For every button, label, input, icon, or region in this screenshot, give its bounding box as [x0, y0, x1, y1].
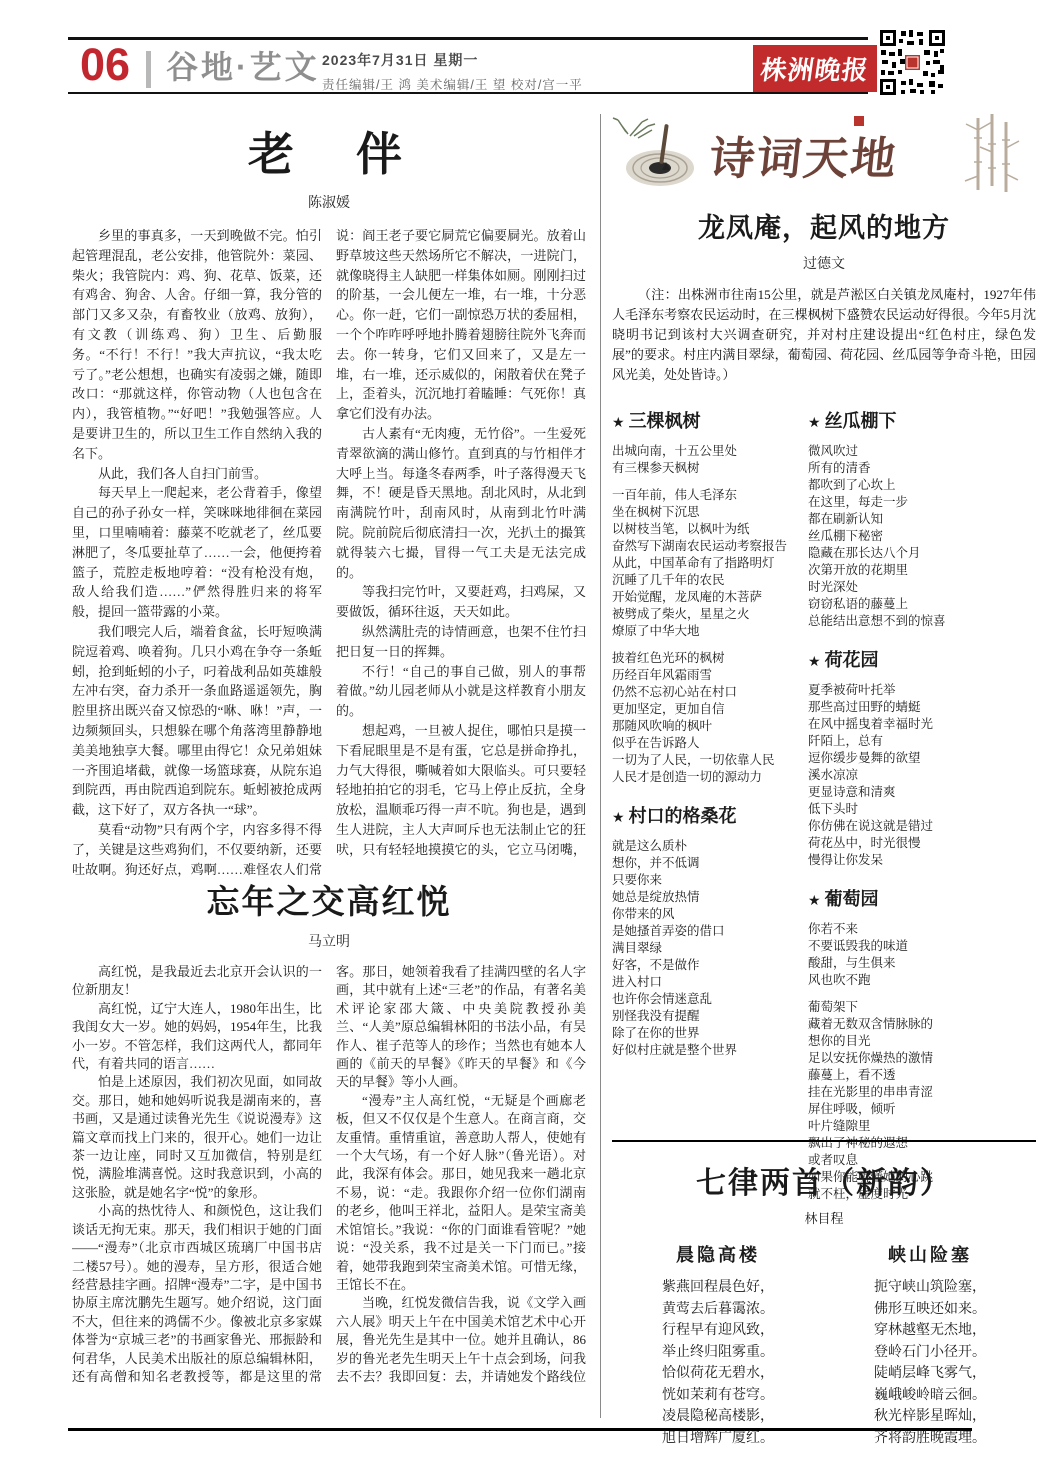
poem-line: 沉睡了几千年的农民 [612, 572, 798, 589]
poem-line: 历经百年风霜雨雪 [612, 667, 798, 684]
poem-line: 一百年前，伟人毛泽东 [612, 487, 798, 504]
poem-line: 荷花丛中，时光很慢 [808, 835, 1036, 852]
poem-line: 从此，中国革命有了指路明灯 [612, 555, 798, 572]
poem-line: 不要诋毁我的味道 [808, 938, 1036, 955]
poem-heading: ★村口的格桑花 [612, 802, 798, 828]
qr-code-image [879, 29, 946, 96]
verse-line: 行程早有迎风致， [662, 1320, 774, 1342]
poem-line: 都在刷新认知 [808, 511, 1036, 528]
poem-line: 你仿佛在说这就是错过 [808, 818, 1036, 835]
poem-line: 以树枝当笔，以枫叶为纸 [612, 521, 798, 538]
poem-heading: ★葡萄园 [808, 885, 1036, 911]
poetry-main-title: 龙凤庵，起风的地方 [612, 206, 1036, 245]
star-icon: ★ [612, 809, 625, 825]
article-wangnian-author: 马立明 [72, 931, 586, 951]
qilv-title: 七律两首（新韵） [612, 1158, 1036, 1202]
poem-line: 风也吹不跑 [808, 972, 1036, 989]
verse-line: 恍如茉莉有苍穹。 [662, 1385, 774, 1407]
verse-line: 佛形互映还如来。 [874, 1299, 986, 1321]
verse-line: 扼守峡山筑险塞， [874, 1277, 986, 1299]
poem-columns: ★三棵枫树 出城向南，十五公里处有三棵参天枫树一百年前，伟人毛泽东坐在枫树下沉思… [612, 391, 1036, 1203]
header-meta: 2023年7月31日 星期一 责任编辑/王 鸿 美术编辑/王 望 校对/宫一平 [322, 50, 583, 93]
poem-line: 被劈成了柴火，星星之火 [612, 606, 798, 623]
masthead-title: 株洲晚报 [758, 50, 871, 87]
column-divider [600, 114, 601, 1418]
poem-line: 那些高过田野的蜻蜓 [808, 699, 1036, 716]
poetry-author: 过德文 [612, 253, 1036, 273]
poem-title: 葡萄园 [825, 889, 879, 909]
verse-line: 登岭石门小径开。 [874, 1342, 986, 1364]
poem-line: 所有的清香 [808, 460, 1036, 477]
poem-line: 奋然写下湖南农民运动考察报告 [612, 538, 798, 555]
poem-line: 想你，并不低调 [612, 855, 798, 872]
poem-line: 有三棵参天枫树 [612, 460, 798, 477]
banner-seal-icon [854, 116, 864, 126]
poem-line: 只要你来 [612, 872, 798, 889]
poem-line: 慢得让你发呆 [808, 852, 1036, 869]
bamboo-icon [958, 114, 1030, 194]
star-icon: ★ [808, 653, 821, 669]
paragraph: 每天早上一爬起来，老公背着手，像望自己的孙子孙女一样，笑咪咪地徘徊在菜园里，口里… [72, 483, 322, 622]
qilv-author: 林目程 [612, 1208, 1036, 1227]
poem-line: 似乎在告诉路人 [612, 735, 798, 752]
poem-line: 时光深处 [808, 579, 1036, 596]
poem-line: 开始觉醒，龙凤庵的木菩萨 [612, 589, 798, 606]
poem-line: 别怪我没有提醒 [612, 1008, 798, 1025]
poem-line: 酸甜，与生俱来 [808, 955, 1036, 972]
qilv-poem-lines: 扼守峡山筑险塞，佛形互映还如来。穿林越壑无杰地，登岭石门小径开。陡峭层峰飞雾气，… [874, 1277, 986, 1449]
paragraph: 从此，我们各人自扫门前雪。 [72, 464, 322, 484]
paragraph: 我们喂完人后，端着食盆，长吁短唤满院逗着鸡、唤着狗。几只小鸡在争夺一条蚯蚓，抢到… [72, 622, 322, 820]
verse-line: 恰似荷花无碧水， [662, 1363, 774, 1385]
star-icon: ★ [808, 892, 821, 908]
poem-lines: 夏季被荷叶托举那些高过田野的蜻蜓在风中摇曳着幸福时光阡陌上，总有逗你缓步曼舞的欲… [808, 682, 1036, 869]
verse-line: 黄莺去后暮霭浓。 [662, 1299, 774, 1321]
poem-heading: ★荷花园 [808, 646, 1036, 672]
poem-line: 是她搔首弄姿的借口 [612, 923, 798, 940]
qr-code [879, 29, 946, 96]
poem-line: 披着红色光环的枫树 [612, 650, 798, 667]
poem-line: 藤蔓上，看不透 [808, 1067, 1036, 1084]
poem-line: 仍然不忘初心站在村口 [612, 684, 798, 701]
verse-line: 巍峨峻岭暗云徊。 [874, 1385, 986, 1407]
newspaper-page: { "header": { "page_number": "06", "sect… [0, 0, 1039, 1459]
poem-line: 隐藏在那长达八个月 [808, 545, 1036, 562]
paragraph: 乡里的事真多，一天到晚做不完。怕引起管理混乱，老公安排，他管院外：菜园、柴火；我… [72, 226, 322, 464]
poem-line: 更加坚定，更加自信 [612, 701, 798, 718]
poem-line: 除了在你的世界 [612, 1025, 798, 1042]
poem-line: 好客，不是做作 [612, 957, 798, 974]
poem-line: 足以安抚你燥热的激情 [808, 1050, 1036, 1067]
poem-line: 那随风吹响的枫叶 [612, 718, 798, 735]
poem-line: 进入村口 [612, 974, 798, 991]
poem-line: 窃窃私语的藤蔓上 [808, 596, 1036, 613]
poem-line: 溪水凉凉 [808, 767, 1036, 784]
poetry-banner-title: 诗词天地 [707, 122, 902, 187]
poetry-column: 诗词天地 龙凤庵，起风的地方 过德文 （注：出株洲市往南15公里，就是芦淞区白关… [612, 114, 1036, 1203]
poem-line: 更显诗意和清爽 [808, 784, 1036, 801]
poem-line: 出城向南，十五公里处 [612, 443, 798, 460]
poem-column-right: ★丝瓜棚下 微风吹过所有的清香都吹到了心坎上在这里，每走一步都在刷新认知丝瓜棚下… [798, 391, 1036, 1203]
poem-line: 葡萄架下 [808, 999, 1036, 1016]
article-laoban-body: 乡里的事真多，一天到晚做不完。怕引起管理混乱，老公安排，他管院外：菜园、柴火；我… [72, 226, 586, 882]
poem-line: 你若不来 [808, 921, 1036, 938]
poem-title: 丝瓜棚下 [825, 411, 897, 431]
poetry-banner: 诗词天地 [612, 114, 1036, 194]
poem-heading: ★三棵枫树 [612, 407, 798, 433]
poem-title: 三棵枫树 [629, 411, 701, 431]
poem-line: 夏季被荷叶托举 [808, 682, 1036, 699]
poem-line: 低下头时 [808, 801, 1036, 818]
paragraph: 纵然满肚壳的诗情画意，也架不住竹扫把日复一日的挥舞。 [336, 622, 586, 662]
poem-line: 想你的目光 [808, 1033, 1036, 1050]
poem-lines: 就是这么质朴想你，并不低调只要你来她总是绽放热情你带来的风是她搔首弄姿的借口满目… [612, 838, 798, 1059]
star-icon: ★ [612, 414, 625, 430]
poem-line: 总能结出意想不到的惊喜 [808, 613, 1036, 630]
article-wangnian-title: 忘年之交高红悦 [72, 876, 586, 923]
paragraph: 高红悦，辽宁大连人，1980年出生，比我闺女大一岁。她的妈妈，1954年生，比我… [72, 1000, 322, 1074]
verse-line: 旭日增辉广厦红。 [662, 1428, 774, 1450]
verse-line: 齐将韵胜晚霞埋。 [874, 1428, 986, 1450]
paragraph: “漫寿”主人高红悦，“无疑是个画廊老板，但又不仅仅是个生意人。在商言商，交友重情… [336, 1092, 586, 1294]
paragraph: 怕是上述原因，我们初次见面，如同故交。那日，她和她妈听说我是湖南来的，喜书画，又… [72, 1073, 322, 1202]
poem-line: 好似村庄就是整个世界 [612, 1042, 798, 1059]
poem-line: 藏着无数双含情脉脉的 [808, 1016, 1036, 1033]
article-wangnian: 忘年之交高红悦 马立明 高红悦，是我最近去北京开会认识的一位新朋友！高红悦，辽宁… [72, 876, 586, 1387]
poem-line: 逗你缓步曼舞的欲望 [808, 750, 1036, 767]
section-title: 谷地·艺文 [166, 48, 320, 86]
qilv-poem-lines: 紫燕回程晨色好，黄莺去后暮霭浓。行程早有迎风致，举止终归阻雾重。恰似荷花无碧水，… [662, 1277, 774, 1449]
qilv-poem-title: 峡山险塞 [874, 1241, 986, 1267]
page-number: 06 [80, 42, 130, 87]
poem-line: 满目翠绿 [612, 940, 798, 957]
poem-title: 荷花园 [825, 650, 879, 670]
poem-line: 你带来的风 [612, 906, 798, 923]
verse-line: 陡峭层峰飞雾气， [874, 1363, 986, 1385]
poem-column-left: ★三棵枫树 出城向南，十五公里处有三棵参天枫树一百年前，伟人毛泽东坐在枫树下沉思… [612, 391, 798, 1203]
poem-line: 她总是绽放热情 [612, 889, 798, 906]
poem-line: 都吹到了心坎上 [808, 477, 1036, 494]
poem-line: 屏住呼吸，倾听 [808, 1101, 1036, 1118]
issue-date: 2023年7月31日 星期一 [322, 50, 583, 70]
poem-line [808, 989, 1036, 999]
masthead-logo: 株洲晚报 [753, 45, 877, 92]
poem-line: 丝瓜棚下秘密 [808, 528, 1036, 545]
verse-line: 凌晨隐秘高楼影， [662, 1406, 774, 1428]
paragraph: 不行！“自己的事自己做，别人的事帮着做。”幼儿园老师从小就是这样教育小朋友的。 [336, 662, 586, 721]
poem-title: 村口的格桑花 [629, 806, 737, 826]
poem-lines: 出城向南，十五公里处有三棵参天枫树一百年前，伟人毛泽东坐在枫树下沉思以树枝当笔，… [612, 443, 798, 786]
article-laoban-title: 老 伴 [72, 118, 586, 184]
qilv-poem-2: 峡山险塞 扼守峡山筑险塞，佛形互映还如来。穿林越壑无杰地，登岭石门小径开。陡峭层… [874, 1241, 986, 1449]
poem-line: 叶片缝隙里 [808, 1118, 1036, 1135]
poem-lines: 微风吹过所有的清香都吹到了心坎上在这里，每走一步都在刷新认知丝瓜棚下秘密隐藏在那… [808, 443, 1036, 630]
verse-line: 举止终归阻雾重。 [662, 1342, 774, 1364]
paragraph: 高红悦，是我最近去北京开会认识的一位新朋友！ [72, 963, 322, 1000]
qilv-poem-1: 晨隐高楼 紫燕回程晨色好，黄莺去后暮霭浓。行程早有迎风致，举止终归阻雾重。恰似荷… [662, 1241, 774, 1449]
poem-line: 人民才是创造一切的源动力 [612, 769, 798, 786]
header-rule-top [68, 37, 868, 40]
poem-line: 微风吹过 [808, 443, 1036, 460]
poetry-note: （注：出株洲市往南15公里，就是芦淞区白关镇龙凤庵村，1927年伟人毛泽东考察农… [612, 285, 1036, 385]
poem-line: 也许你会情迷意乱 [612, 991, 798, 1008]
paragraph: 等我扫完竹叶，又要赶鸡，扫鸡屎，又要做饭，循环往返，天天如此。 [336, 582, 586, 622]
editors-line: 责任编辑/王 鸿 美术编辑/王 望 校对/宫一平 [322, 75, 583, 93]
inkstone-icon [612, 116, 708, 192]
verse-line: 秋光梓影星晖灿， [874, 1406, 986, 1428]
qilv-poem-title: 晨隐高楼 [662, 1241, 774, 1267]
qilv-poems: 晨隐高楼 紫燕回程晨色好，黄莺去后暮霭浓。行程早有迎风致，举止终归阻雾重。恰似荷… [612, 1241, 1036, 1449]
poem-line: 挂在光影里的串串青涩 [808, 1084, 1036, 1101]
poem-line: 在这里，每走一步 [808, 494, 1036, 511]
poem-line [612, 477, 798, 487]
poem-heading: ★丝瓜棚下 [808, 407, 1036, 433]
poem-line: 燎原了中华大地 [612, 623, 798, 640]
qilv-section: 七律两首（新韵） 林目程 晨隐高楼 紫燕回程晨色好，黄莺去后暮霭浓。行程早有迎风… [612, 1140, 1036, 1449]
header-divider [146, 51, 151, 88]
poem-line: 一切为了人民，一切依靠人民 [612, 752, 798, 769]
article-laoban-author: 陈淑媛 [72, 192, 586, 212]
poem-line: 阡陌上，总有 [808, 733, 1036, 750]
verse-line: 紫燕回程晨色好， [662, 1277, 774, 1299]
poem-line: 坐在枫树下沉思 [612, 504, 798, 521]
article-wangnian-body: 高红悦，是我最近去北京开会认识的一位新朋友！高红悦，辽宁大连人，1980年出生，… [72, 963, 586, 1387]
poem-line: 就是这么质朴 [612, 838, 798, 855]
poem-line: 在风中摇曳着幸福时光 [808, 716, 1036, 733]
star-icon: ★ [808, 414, 821, 430]
paragraph: 古人素有“无肉瘦，无竹俗”。一生爱死青翠欲滴的满山修竹。直到真的与竹相伴才大呼上… [336, 424, 586, 582]
verse-line: 穿林越壑无杰地， [874, 1320, 986, 1342]
article-laoban: 老 伴 陈淑媛 乡里的事真多，一天到晚做不完。怕引起管理混乱，老公安排，他管院外… [72, 118, 586, 882]
poem-line: 次第开放的花期里 [808, 562, 1036, 579]
poem-line [612, 640, 798, 650]
